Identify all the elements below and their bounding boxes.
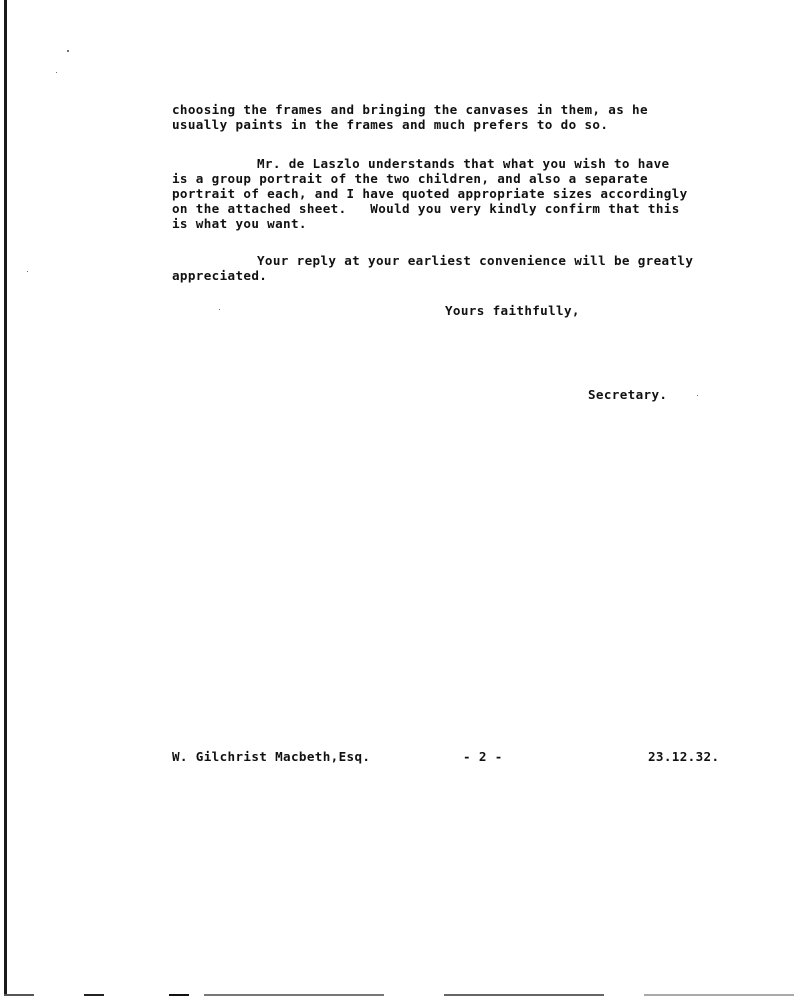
body-text-line: portrait of each, and I have quoted appr… [172, 186, 688, 201]
footer-page-number: - 2 - [463, 749, 503, 764]
paper-speck [27, 271, 28, 272]
paper-speck [219, 309, 220, 310]
paragraph-opening-line: Mr. de Laszlo understands that what you … [257, 156, 669, 171]
paper-speck [67, 50, 69, 52]
signature-title: Secretary. [588, 387, 667, 402]
body-text-line: choosing the frames and bringing the can… [172, 102, 648, 117]
footer-date: 23.12.32. [648, 749, 719, 764]
body-text-line: appreciated. [172, 268, 267, 283]
page-left-edge [4, 0, 7, 996]
letter-page: choosing the frames and bringing the can… [0, 0, 808, 1000]
body-text-line: on the attached sheet. Would you very ki… [172, 201, 680, 216]
complimentary-close: Yours faithfully, [445, 303, 580, 318]
footer-addressee: W. Gilchrist Macbeth,Esq. [172, 749, 370, 764]
paper-speck [697, 395, 698, 396]
body-text-line: is a group portrait of the two children,… [172, 171, 648, 186]
body-text-line: is what you want. [172, 216, 307, 231]
paragraph-opening-line: Your reply at your earliest convenience … [257, 253, 693, 268]
body-text-line: usually paints in the frames and much pr… [172, 117, 608, 132]
page-bottom-edge [4, 994, 804, 996]
paper-speck [56, 72, 57, 73]
